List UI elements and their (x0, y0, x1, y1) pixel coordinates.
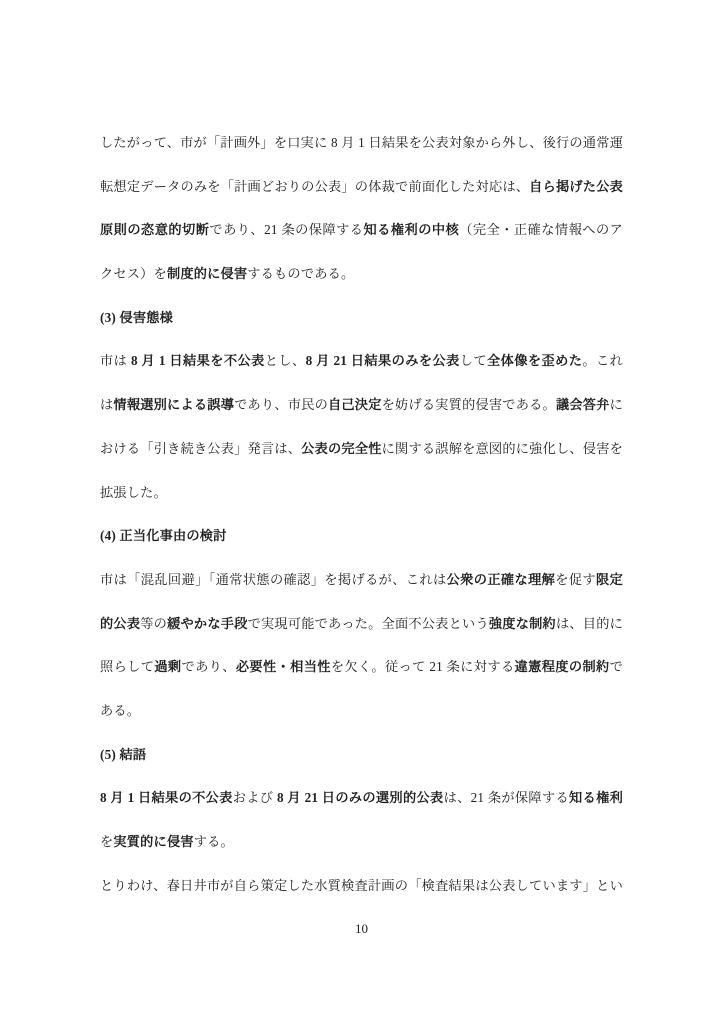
text-line: は情報選別による誤導であり、市民の自己決定を妨げる実質的侵害である。議会答弁に (100, 383, 623, 427)
regular-text: で実現可能であった。全面不公表という (248, 616, 489, 631)
regular-text: であり、 (182, 659, 236, 674)
bold-text: 自ら掲げた公表 (529, 179, 623, 194)
bold-text: (4) 正当化事由の検討 (100, 528, 227, 543)
text-line: おける「引き続き公表」発言は、公表の完全性に関する誤解を意図的に強化し、侵害を (100, 427, 623, 471)
regular-text: は (100, 397, 113, 412)
regular-text: 照らして (100, 659, 154, 674)
regular-text: 転想定データのみを「計画どおりの公表」の体裁で前面化した対応は、 (100, 179, 529, 194)
regular-text: するものである。 (247, 266, 354, 281)
bold-text: 情報選別による誤導 (113, 397, 234, 412)
bold-text: 制度的に侵害 (167, 266, 247, 281)
text-line: 転想定データのみを「計画どおりの公表」の体裁で前面化した対応は、自ら掲げた公表 (100, 165, 623, 209)
regular-text: を妨げる実質的侵害である。 (382, 397, 556, 412)
bold-text: 強度な制約 (489, 616, 556, 631)
regular-text: 市は「混乱回避」「通常状態の確認」を掲げるが、これは (100, 572, 447, 587)
bold-text: 8 月 21 日のみの選別的公表 (277, 790, 444, 805)
regular-text: および (233, 790, 277, 805)
document-page: したがって、市が「計画外」を口実に 8 月 1 日結果を公表対象から外し、後行の… (0, 0, 724, 1024)
regular-text: 拡張した。 (100, 485, 167, 500)
regular-text: おける「引き続き公表」発言は、 (100, 441, 301, 456)
regular-text: であり、21 条の保障する (209, 222, 363, 237)
regular-text: とし、 (265, 353, 306, 368)
regular-text: を促す (555, 572, 596, 587)
regular-text: に (610, 397, 623, 412)
bold-text: (5) 結語 (100, 747, 146, 762)
regular-text: に関する誤解を意図的に強化し、侵害を (382, 441, 623, 456)
bold-text: 公衆の正確な理解 (447, 572, 556, 587)
bold-text: 過剰 (154, 659, 181, 674)
regular-text: クセス）を (100, 266, 167, 281)
bold-text: 知る権利の中核 (364, 222, 460, 237)
text-line: 市は 8 月 1 日結果を不公表とし、8 月 21 日結果のみを公表して全体像を… (100, 339, 623, 383)
page-number: 10 (100, 907, 623, 951)
text-line: 原則の恣意的切断であり、21 条の保障する知る権利の中核（完全・正確な情報へのア (100, 208, 623, 252)
text-line: したがって、市が「計画外」を口実に 8 月 1 日結果を公表対象から外し、後行の… (100, 121, 623, 165)
text-line: とりわけ、春日井市が自ら策定した水質検査計画の「検査結果は公表しています」とい (100, 864, 623, 908)
bold-text: 8 月 1 日結果を不公表 (131, 353, 265, 368)
regular-text: したがって、市が「計画外」を口実に 8 月 1 日結果を公表対象から外し、後行の… (100, 135, 623, 150)
regular-text: （完全・正確な情報へのア (459, 222, 623, 237)
bold-text: 的公表 (100, 616, 140, 631)
bold-text: 自己決定 (328, 397, 382, 412)
text-line: 照らして過剰であり、必要性・相当性を欠く。従って 21 条に対する違憲程度の制約… (100, 645, 623, 689)
regular-text: は、21 条が保障する (444, 790, 569, 805)
regular-text: ある。 (100, 703, 140, 718)
bold-text: 実質的に侵害 (113, 834, 193, 849)
bold-text: 限定 (596, 572, 623, 587)
text-line: を実質的に侵害する。 (100, 820, 623, 864)
text-line: 8 月 1 日結果の不公表および 8 月 21 日のみの選別的公表は、21 条が… (100, 776, 623, 820)
section-heading: (5) 結語 (100, 733, 623, 777)
regular-text: 市は (100, 353, 131, 368)
regular-text: して (460, 353, 487, 368)
bold-text: 原則の恣意的切断 (100, 222, 209, 237)
regular-text: を欠く。従って 21 条に対する (331, 659, 515, 674)
bold-text: 8 月 1 日結果の不公表 (100, 790, 233, 805)
regular-text: する。 (194, 834, 234, 849)
bold-text: 緩やかな手段 (167, 616, 247, 631)
bold-text: 8 月 21 日結果のみを公表 (306, 353, 460, 368)
text-line: 拡張した。 (100, 471, 623, 515)
document-body: したがって、市が「計画外」を口実に 8 月 1 日結果を公表対象から外し、後行の… (100, 121, 623, 907)
bold-text: 知る権利 (569, 790, 623, 805)
bold-text: 公表の完全性 (301, 441, 381, 456)
text-line: クセス）を制度的に侵害するものである。 (100, 252, 623, 296)
bold-text: (3) 侵害態様 (100, 310, 173, 325)
section-heading: (4) 正当化事由の検討 (100, 514, 623, 558)
bold-text: 全体像を歪めた (487, 353, 582, 368)
text-line: 的公表等の緩やかな手段で実現可能であった。全面不公表という強度な制約は、目的に (100, 602, 623, 646)
regular-text: 。これ (582, 353, 623, 368)
regular-text: であり、市民の (234, 397, 328, 412)
regular-text: とりわけ、春日井市が自ら策定した水質検査計画の「検査結果は公表しています」とい (100, 878, 623, 893)
text-line: 市は「混乱回避」「通常状態の確認」を掲げるが、これは公衆の正確な理解を促す限定 (100, 558, 623, 602)
bold-text: 必要性・相当性 (236, 659, 331, 674)
bold-text: 議会答弁 (556, 397, 610, 412)
regular-text: 等の (140, 616, 167, 631)
regular-text: を (100, 834, 113, 849)
regular-text: で (610, 659, 623, 674)
regular-text: は、目的に (556, 616, 623, 631)
text-line: ある。 (100, 689, 623, 733)
bold-text: 違憲程度の制約 (515, 659, 610, 674)
section-heading: (3) 侵害態様 (100, 296, 623, 340)
